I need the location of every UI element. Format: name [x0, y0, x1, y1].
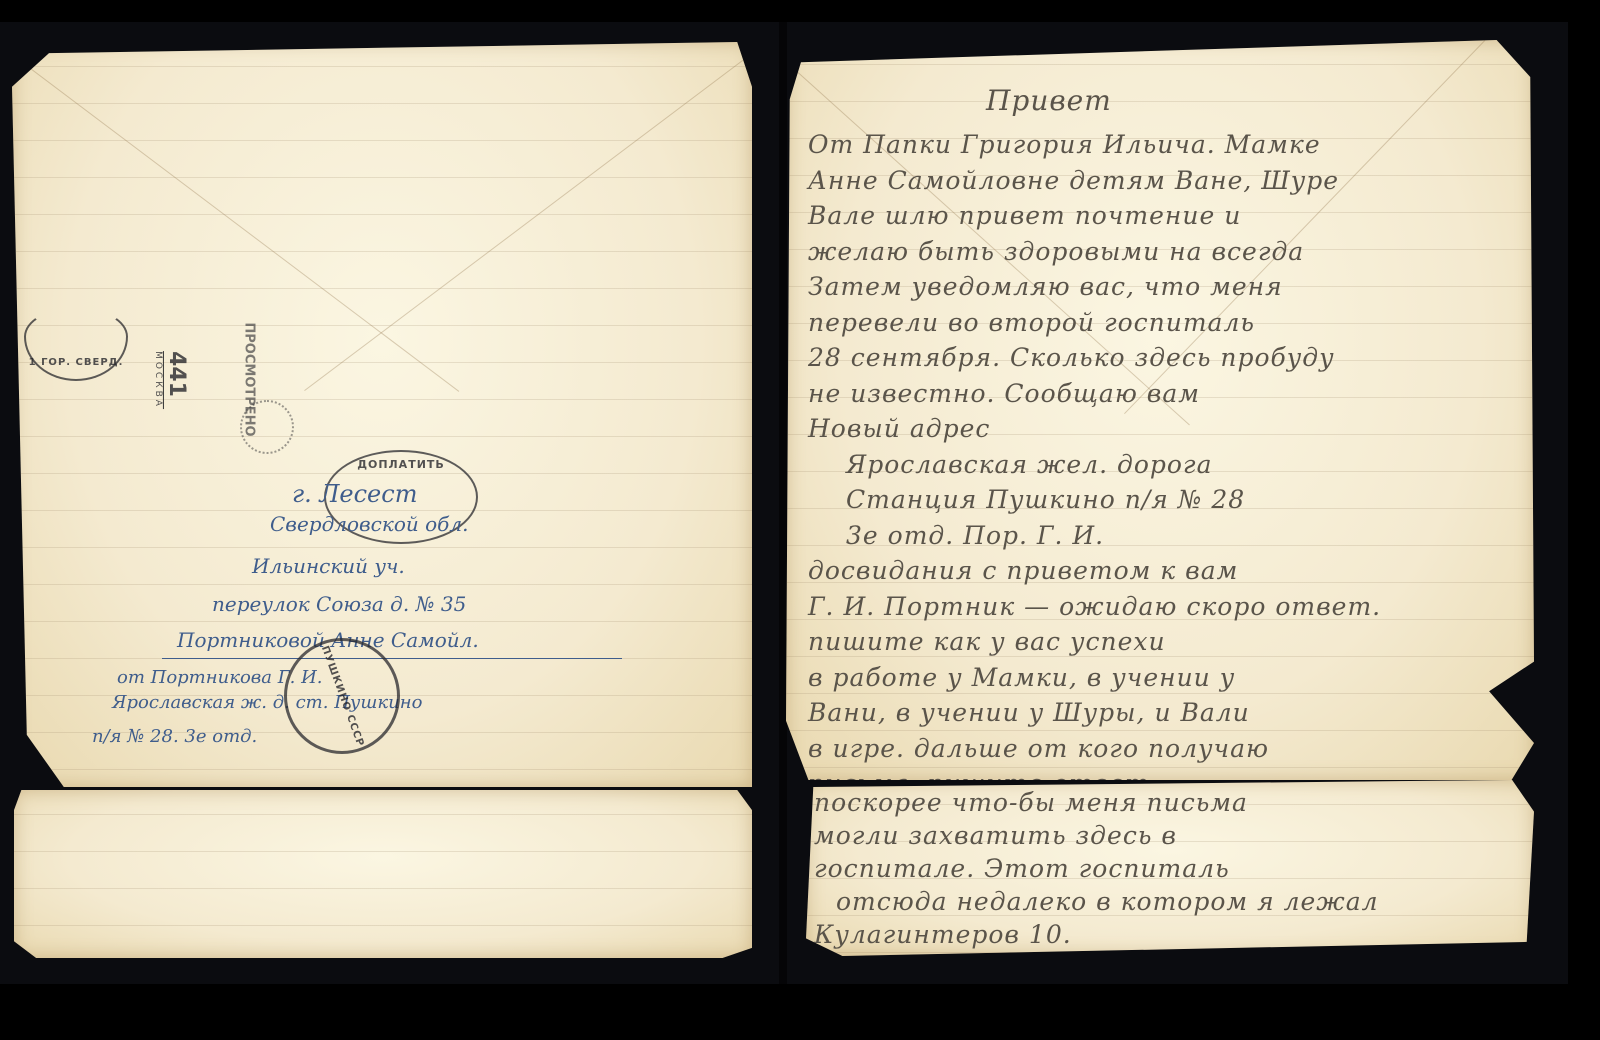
round-postmark: ПУШКИНО СССР	[284, 638, 400, 754]
letter-line: в игре. дальше от кого получаю	[808, 734, 1269, 763]
letter-line: Вале шлю привет почтение и	[808, 201, 1241, 230]
letter-line: Кулагинтеров 10.	[814, 920, 1072, 949]
letter-line: 3е отд. Пор. Г. И.	[846, 521, 1104, 550]
letter-line: Новый адрес	[808, 414, 990, 443]
recipient-line: г. Лесест	[292, 480, 417, 508]
city-postmark-label: 1 ГОР. СВЕРД.	[29, 357, 124, 368]
letter-line: 28 сентября. Сколько здесь пробуду	[808, 343, 1335, 372]
letter-line: не известно. Сообщаю вам	[808, 379, 1200, 408]
envelope-bottom-flap	[14, 790, 752, 958]
letter-line: От Папки Григория Ильича. Мамке	[808, 130, 1321, 159]
scan-seam	[779, 22, 787, 984]
letter-line: перевели во второй госпиталь	[808, 308, 1255, 337]
sender-line: п/я № 28. 3е отд.	[92, 726, 257, 747]
letter-heading: Привет	[986, 84, 1112, 117]
letter-line: желаю быть здоровыми на всегда	[808, 237, 1304, 266]
letter-line: в работе у Мамки, в учении у	[808, 663, 1235, 692]
letter-line: досвидания с приветом к вам	[808, 556, 1238, 585]
letter-sheet: Привет От Папки Григория Ильича. МамкеАн…	[786, 40, 1534, 780]
number-stamp: 441 МОСКВА	[153, 351, 189, 409]
letter-line: Ярославская жел. дорога	[846, 450, 1212, 479]
letter-line: Анне Самойловне детям Ване, Шуре	[808, 166, 1339, 195]
letter-line: Затем уведомляю вас, что меня	[808, 272, 1283, 301]
number-stamp-caption: МОСКВА	[153, 351, 164, 409]
letter-line: отсюда недалеко в котором я лежал	[836, 887, 1379, 916]
recipient-line: Свердловской обл.	[270, 512, 468, 536]
letter-line: Станция Пушкино п/я № 28	[846, 485, 1245, 514]
letter-line: госпитале. Этот госпиталь	[814, 854, 1230, 883]
letter-line: могли захватить здесь в	[814, 821, 1177, 850]
letter-line: Вани, в учении у Шуры, и Вали	[808, 698, 1250, 727]
city-postmark: 1 ГОР. СВЕРД.	[24, 307, 128, 381]
letter-line: Г. И. Портник — ожидаю скоро ответ.	[808, 592, 1381, 621]
address-divider	[162, 658, 622, 659]
fold-line	[304, 53, 752, 391]
recipient-line: переулок Союза д. № 35	[212, 592, 466, 616]
letter-line: пишите как у вас успехи	[808, 627, 1166, 656]
postage-due-label: ДОПЛАТИТЬ	[357, 458, 445, 471]
letter-bottom-flap: поскорее что-бы меня письмамогли захвати…	[806, 780, 1534, 956]
letter-line: поскорее что-бы меня письма	[814, 788, 1248, 817]
faint-postmark	[240, 400, 294, 454]
number-stamp-value: 441	[164, 351, 189, 409]
round-postmark-label: ПУШКИНО СССР	[319, 644, 366, 748]
recipient-line: Ильинский уч.	[252, 554, 405, 578]
envelope-back-sheet: 1 ГОР. СВЕРД. 441 МОСКВА ПРОСМОТРЕНО ДОП…	[12, 42, 752, 787]
